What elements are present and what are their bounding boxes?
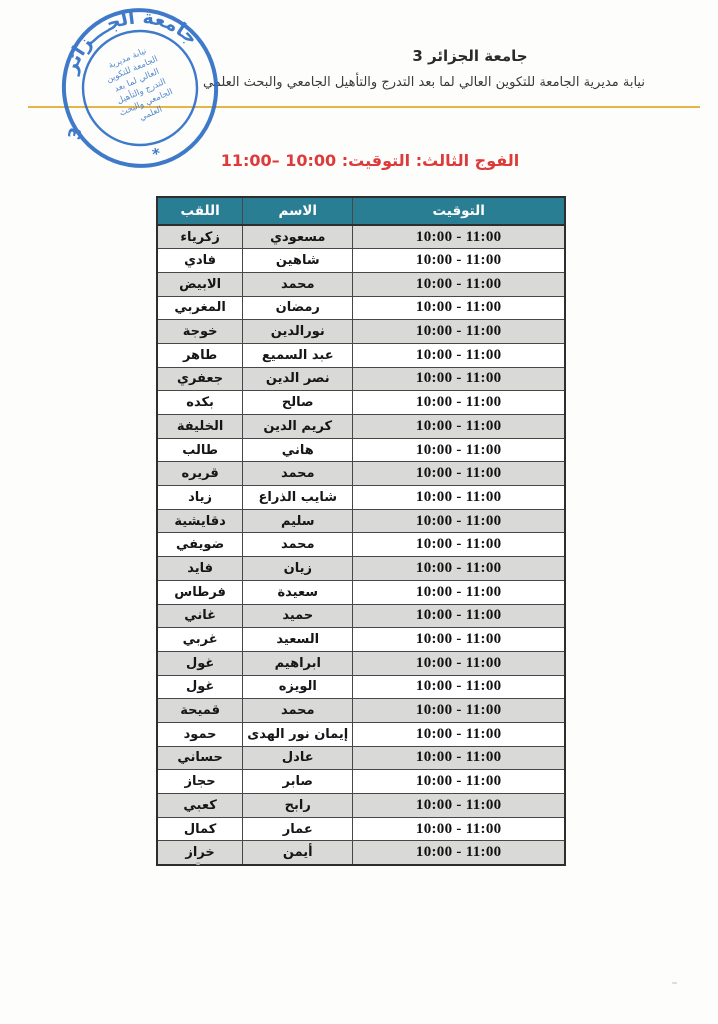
scanned-document-page: جامعة الجـــزائر 3 * نيابة مديرية الجامع…	[0, 0, 718, 1024]
table-row: 10:00 - 11:00 صابر حجاز	[157, 770, 565, 794]
time-slot-cell: 10:00 - 11:00	[353, 462, 565, 486]
first-name-cell: السعيد	[243, 628, 353, 652]
last-name-cell: فايد	[157, 557, 243, 581]
last-name-cell: غول	[157, 675, 243, 699]
column-header-last-name: اللقب	[157, 197, 243, 225]
time-slot-cell: 10:00 - 11:00	[353, 651, 565, 675]
stamp-number: 3	[65, 126, 87, 142]
time-slot-cell: 10:00 - 11:00	[353, 841, 565, 865]
group-schedule-title: الفوج الثالث: التوقيت: 10:00 –11:00	[221, 151, 520, 170]
table-row: 10:00 - 11:00 ابراهيم غول	[157, 651, 565, 675]
table-row: 10:00 - 11:00 محمد قميحة	[157, 699, 565, 723]
table-row: 10:00 - 11:00 عمار كمال	[157, 817, 565, 841]
table-row: 10:00 - 11:00 كريم الدين الخليفة	[157, 415, 565, 439]
last-name-cell: دقايشية	[157, 509, 243, 533]
table-row: 10:00 - 11:00 مسعودي زكرياء	[157, 225, 565, 249]
time-slot-cell: 10:00 - 11:00	[353, 343, 565, 367]
time-slot-cell: 10:00 - 11:00	[353, 794, 565, 818]
last-name-cell: الابيض	[157, 272, 243, 296]
scan-speck	[672, 982, 677, 984]
time-slot-cell: 10:00 - 11:00	[353, 509, 565, 533]
table-row: 10:00 - 11:00 عبد السميع طاهر	[157, 343, 565, 367]
last-name-cell: المغربي	[157, 296, 243, 320]
time-slot-cell: 10:00 - 11:00	[353, 415, 565, 439]
table-row: 10:00 - 11:00 أيمن خراز	[157, 841, 565, 865]
roster-table-body: 10:00 - 11:00 مسعودي زكرياء 10:00 - 11:0…	[157, 225, 565, 865]
last-name-cell: قميحة	[157, 699, 243, 723]
time-slot-cell: 10:00 - 11:00	[353, 533, 565, 557]
time-slot-cell: 10:00 - 11:00	[353, 557, 565, 581]
last-name-cell: جعفري	[157, 367, 243, 391]
table-row: 10:00 - 11:00 سليم دقايشية	[157, 509, 565, 533]
table-row: 10:00 - 11:00 سعيدة فرطاس	[157, 580, 565, 604]
time-slot-cell: 10:00 - 11:00	[353, 367, 565, 391]
last-name-cell: قريره	[157, 462, 243, 486]
last-name-cell: حجاز	[157, 770, 243, 794]
last-name-cell: فرطاس	[157, 580, 243, 604]
last-name-cell: خراز	[157, 841, 243, 865]
table-row: 10:00 - 11:00 إيمان نور الهدى حمود	[157, 722, 565, 746]
time-slot-cell: 10:00 - 11:00	[353, 438, 565, 462]
table-row: 10:00 - 11:00 محمد الابيض	[157, 272, 565, 296]
time-slot-cell: 10:00 - 11:00	[353, 320, 565, 344]
last-name-cell: كمال	[157, 817, 243, 841]
first-name-cell: الويزه	[243, 675, 353, 699]
last-name-cell: غاني	[157, 604, 243, 628]
last-name-cell: فادي	[157, 249, 243, 273]
first-name-cell: سليم	[243, 509, 353, 533]
stamp-inner-text: نيابة مديرية الجامعة للتكوين العالي لما …	[99, 43, 179, 130]
time-slot-cell: 10:00 - 11:00	[353, 272, 565, 296]
table-row: 10:00 - 11:00 نصر الدين جعفري	[157, 367, 565, 391]
first-name-cell: زيان	[243, 557, 353, 581]
time-slot-cell: 10:00 - 11:00	[353, 675, 565, 699]
first-name-cell: نصر الدين	[243, 367, 353, 391]
last-name-cell: غربي	[157, 628, 243, 652]
first-name-cell: محمد	[243, 462, 353, 486]
university-name: جامعة الجزائر 3	[412, 47, 527, 65]
table-row: 10:00 - 11:00 شاهين فادي	[157, 249, 565, 273]
time-slot-cell: 10:00 - 11:00	[353, 817, 565, 841]
first-name-cell: كريم الدين	[243, 415, 353, 439]
first-name-cell: محمد	[243, 272, 353, 296]
scan-speck	[196, 862, 200, 865]
first-name-cell: صابر	[243, 770, 353, 794]
last-name-cell: طالب	[157, 438, 243, 462]
time-slot-cell: 10:00 - 11:00	[353, 391, 565, 415]
last-name-cell: كعبي	[157, 794, 243, 818]
column-header-first-name: الاسم	[243, 197, 353, 225]
first-name-cell: مسعودي	[243, 225, 353, 249]
first-name-cell: شاهين	[243, 249, 353, 273]
first-name-cell: عمار	[243, 817, 353, 841]
time-slot-cell: 10:00 - 11:00	[353, 225, 565, 249]
table-row: 10:00 - 11:00 رمضان المغربي	[157, 296, 565, 320]
time-slot-cell: 10:00 - 11:00	[353, 249, 565, 273]
first-name-cell: ابراهيم	[243, 651, 353, 675]
table-row: 10:00 - 11:00 صالح بكده	[157, 391, 565, 415]
last-name-cell: زياد	[157, 486, 243, 510]
first-name-cell: هاني	[243, 438, 353, 462]
last-name-cell: زكرياء	[157, 225, 243, 249]
first-name-cell: شايب الذراع	[243, 486, 353, 510]
time-slot-cell: 10:00 - 11:00	[353, 580, 565, 604]
time-slot-cell: 10:00 - 11:00	[353, 699, 565, 723]
first-name-cell: نورالدين	[243, 320, 353, 344]
last-name-cell: بكده	[157, 391, 243, 415]
roster-table: التوقيت الاسم اللقب 10:00 - 11:00 مسعودي…	[156, 196, 566, 866]
time-slot-cell: 10:00 - 11:00	[353, 296, 565, 320]
first-name-cell: رمضان	[243, 296, 353, 320]
table-row: 10:00 - 11:00 نورالدين خوجة	[157, 320, 565, 344]
time-slot-cell: 10:00 - 11:00	[353, 486, 565, 510]
table-row: 10:00 - 11:00 السعيد غربي	[157, 628, 565, 652]
stamp-star: *	[150, 144, 162, 163]
first-name-cell: صالح	[243, 391, 353, 415]
time-slot-cell: 10:00 - 11:00	[353, 722, 565, 746]
last-name-cell: الخليفة	[157, 415, 243, 439]
column-header-time: التوقيت	[353, 197, 565, 225]
time-slot-cell: 10:00 - 11:00	[353, 628, 565, 652]
university-stamp: جامعة الجـــزائر 3 * نيابة مديرية الجامع…	[58, 6, 222, 170]
last-name-cell: غول	[157, 651, 243, 675]
time-slot-cell: 10:00 - 11:00	[353, 604, 565, 628]
last-name-cell: حساني	[157, 746, 243, 770]
roster-table-header: التوقيت الاسم اللقب	[157, 197, 565, 225]
first-name-cell: أيمن	[243, 841, 353, 865]
first-name-cell: إيمان نور الهدى	[243, 722, 353, 746]
last-name-cell: طاهر	[157, 343, 243, 367]
header-row: التوقيت الاسم اللقب	[157, 197, 565, 225]
table-row: 10:00 - 11:00 شايب الذراع زياد	[157, 486, 565, 510]
last-name-cell: خوجة	[157, 320, 243, 344]
table-row: 10:00 - 11:00 محمد قريره	[157, 462, 565, 486]
last-name-cell: حمود	[157, 722, 243, 746]
time-slot-cell: 10:00 - 11:00	[353, 770, 565, 794]
table-row: 10:00 - 11:00 هاني طالب	[157, 438, 565, 462]
table-row: 10:00 - 11:00 الويزه غول	[157, 675, 565, 699]
time-slot-cell: 10:00 - 11:00	[353, 746, 565, 770]
first-name-cell: حميد	[243, 604, 353, 628]
first-name-cell: محمد	[243, 699, 353, 723]
table-row: 10:00 - 11:00 رابح كعبي	[157, 794, 565, 818]
table-row: 10:00 - 11:00 حميد غاني	[157, 604, 565, 628]
directorate-line: نيابة مديرية الجامعة للتكوين العالي لما …	[203, 75, 645, 90]
first-name-cell: رابح	[243, 794, 353, 818]
table-row: 10:00 - 11:00 عادل حساني	[157, 746, 565, 770]
first-name-cell: محمد	[243, 533, 353, 557]
first-name-cell: عبد السميع	[243, 343, 353, 367]
table-row: 10:00 - 11:00 زيان فايد	[157, 557, 565, 581]
first-name-cell: عادل	[243, 746, 353, 770]
first-name-cell: سعيدة	[243, 580, 353, 604]
table-row: 10:00 - 11:00 محمد ضويفي	[157, 533, 565, 557]
last-name-cell: ضويفي	[157, 533, 243, 557]
